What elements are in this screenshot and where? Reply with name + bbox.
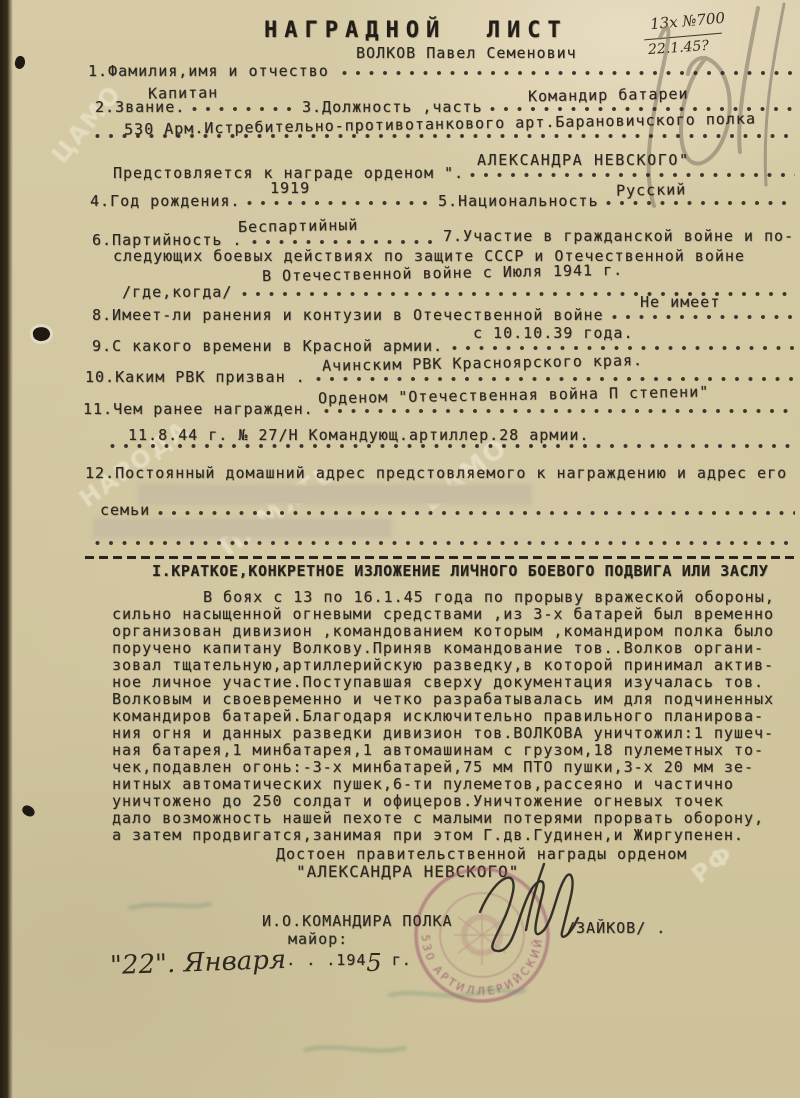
field-prior-awards-label: 11.Чем ранее награжден. [83, 400, 314, 418]
archive-watermark: РФ [686, 839, 739, 889]
ink-blot [13, 55, 27, 70]
field-nationality-label: 5.Национальность [438, 192, 599, 210]
signer-name: /ЗАЙКОВ/ . [566, 919, 666, 937]
scan-dark-edge [0, 0, 13, 1098]
field-name-label: 1.Фамилия,имя и отчество [88, 62, 329, 80]
dotted-leader [192, 106, 300, 112]
dotted-leader [342, 70, 795, 76]
field-wounds-label: 8.Имеет-ли ранения и контузии в Отечеств… [92, 306, 604, 324]
field-service-since-value: с 10.10.39 года. [473, 324, 634, 342]
citation-line: уничтожено до 250 солдат и офицеров.Унич… [112, 792, 724, 810]
field-birthyear-label: 4.Год рождения. [90, 192, 240, 210]
field-service-since-label: 9.С какого времени в Красной армии. [92, 337, 443, 355]
citation-line: Волковым и своевременно и четко разрабат… [112, 690, 774, 708]
ink-blot [20, 804, 36, 819]
citation-line: ния огня и данных разведки дивизион тов.… [112, 724, 774, 742]
dotted-leader [247, 200, 429, 206]
field-warservice-label-1: 7.Участие в гражданской войне и по- [443, 227, 794, 245]
dotted-leader [158, 510, 795, 516]
date-typed-dots: . . .194 [286, 951, 366, 969]
field-wounds-value: Не имеет [640, 293, 720, 311]
citation-line: сильно насыщенной огневыми средствами ,и… [112, 605, 774, 623]
dashed-separator [85, 556, 798, 559]
field-address-label-1: 12.Постоянный домашний адрес предстовляе… [85, 464, 787, 482]
citation-line: ная батарея,1 минбатарея,1 автомашинам с… [112, 741, 764, 759]
redaction-box [95, 520, 390, 536]
dotted-leader [324, 408, 795, 414]
field-rvk-label: 10.Каким РВК призван . [85, 368, 306, 386]
dotted-leader [95, 133, 795, 139]
ink-bleedthrough-marks [100, 880, 600, 1080]
citation-line: организован дивизион ,командованием кото… [112, 622, 774, 640]
dotted-leader [110, 443, 795, 449]
dotted-leader [452, 345, 795, 351]
hole-punch [32, 326, 51, 343]
date-handwritten-day-month: "22". Января [110, 945, 287, 981]
dotted-leader [316, 376, 795, 382]
date-line: "22". Января. . .1945 г. [110, 948, 412, 978]
date-handwritten-year-digit: 5 [366, 949, 381, 977]
dotted-leader [470, 172, 795, 178]
citation-line: В боях с 13 по 16.1.45 года по прорыву в… [203, 588, 775, 606]
citation-line: дало возможность нашей пехоте с малыми п… [112, 809, 764, 827]
field-warservice-label-2: следующих боевых действиях по защите ССС… [113, 247, 745, 265]
redaction-box [140, 486, 530, 503]
dotted-leader [252, 239, 432, 245]
field-party-value: Беспартийный [238, 216, 359, 236]
date-typed-suffix: г. [382, 951, 412, 969]
field-prior-awards-value: Орденом "Отечественная война П степени" [318, 383, 709, 408]
dotted-leader [612, 314, 795, 320]
dotted-leader [606, 200, 795, 206]
citation-line: поручено капитану Волкову.Приняв командо… [112, 639, 764, 657]
citation-line: чек,подавлен огонь:-3-х минбатарей,75 мм… [112, 758, 754, 776]
field-rank-label: 2.Звание. [95, 98, 185, 116]
citation-line: зовал тщательную,артиллерийскую разведку… [112, 656, 774, 674]
citation-heading: I.КРАТКОЕ,КОНКРЕТНОЕ ИЗЛОЖЕНИЕ ЛИЧНОГО Б… [152, 562, 768, 580]
citation-line: а затем продвигатся,занимая при этом Г.д… [112, 826, 744, 844]
archive-watermark: ЦАМО [46, 79, 127, 168]
field-warservice-label-3: /где,когда/ [122, 283, 232, 301]
field-position-label: 3.Должность ,часть [302, 98, 483, 116]
field-birthyear-value: 1919 [270, 179, 310, 197]
field-position-value: Командир батареи [528, 85, 689, 106]
dotted-leader [95, 540, 795, 546]
award-order-value: АЛЕКСАНДРА НЕВСКОГО" [477, 151, 690, 169]
citation-line: нитных автоматических пушек,6-ти пулемет… [112, 775, 734, 793]
recipient-name: ВОЛКОВ Павел Семенович [356, 44, 577, 62]
citation-line: командиров батарей.Благодаря исключитель… [112, 707, 764, 725]
signer-rank: майор: [288, 930, 348, 948]
field-address-label-2: семьи [100, 501, 150, 519]
citation-line: ное личное участие.Поступавшая сверху до… [112, 673, 764, 691]
award-sheet-scan: ЦАМО ПАМЯТЬ НАРОДА ЦАМО РФ 13х №700 22.1… [0, 0, 800, 1098]
document-title: НАГРАДНОЙ ЛИСТ [264, 18, 568, 43]
field-prior-awards-note: 11.8.44 г. № 27/Н Командующ.артиллер.28 … [128, 426, 589, 444]
field-nationality-value: Русский [616, 180, 687, 199]
signer-position: И.О.КОМАНДИРА ПОЛКА [262, 912, 453, 930]
